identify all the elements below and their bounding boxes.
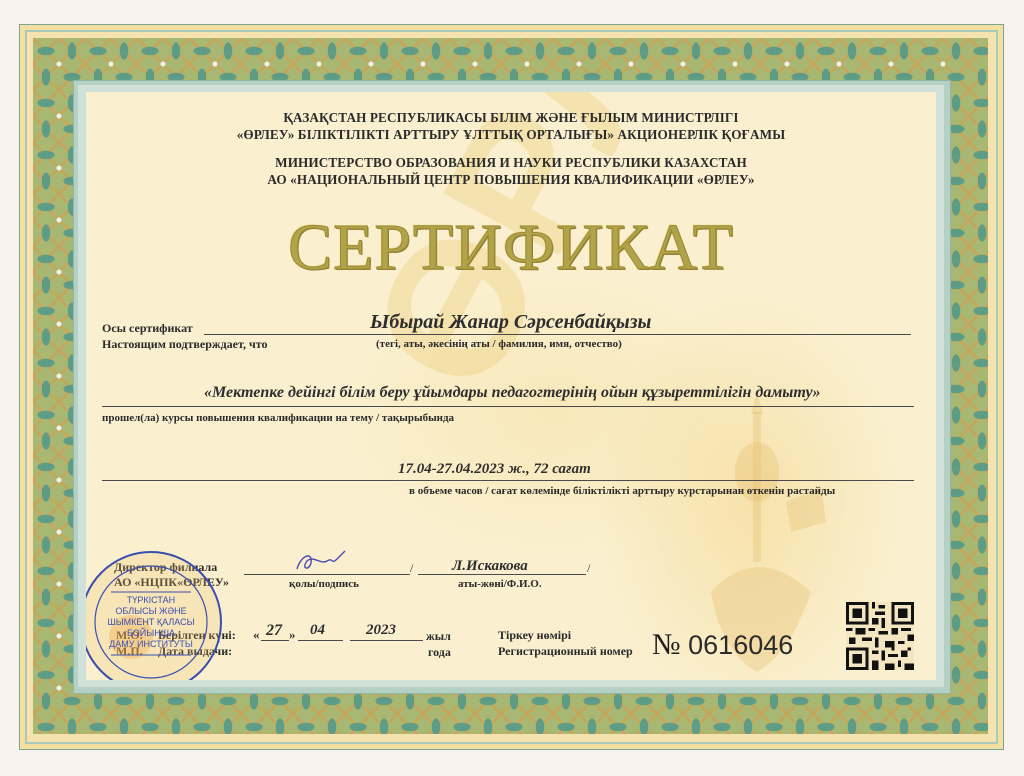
signer-name-line: [418, 574, 586, 575]
year-label-kz: жыл: [426, 629, 451, 644]
recipient-caption: (тегі, аты, әкесінің аты / фамилия, имя,…: [376, 338, 622, 350]
svg-text:ДАМУ ИНСТИТУТЫ: ДАМУ ИНСТИТУТЫ: [109, 639, 193, 649]
duration-caption: в объеме часов / сағат көлемінде білікті…: [409, 485, 835, 497]
numero-sign: №: [652, 628, 681, 661]
svg-text:БОЙЫНША: БОЙЫНША: [127, 627, 175, 638]
registration-label-kz: Тіркеу нөмірі: [498, 628, 571, 643]
svg-text:ШЫМКЕНТ ҚАЛАСЫ: ШЫМКЕНТ ҚАЛАСЫ: [107, 617, 194, 627]
recipient-underline: [204, 334, 911, 335]
course-underline: [102, 406, 914, 407]
course-topic: «Мектепке дейінгі білім беру ұйымдары пе…: [204, 384, 821, 402]
certificate-title: СЕРТИФИКАТ: [86, 210, 936, 286]
signature-line: [244, 574, 410, 575]
handwritten-signature-icon: [291, 547, 351, 575]
certificate-page: ӨРЛЕУ ҚАЗАҚСТАН РЕСПУБЛИКАСЫ БІЛІМ ЖӘНЕ …: [0, 0, 1024, 776]
year-label-ru: года: [428, 645, 451, 660]
header-ru-line2: АО «НАЦИОНАЛЬНЫЙ ЦЕНТР ПОВЫШЕНИЯ КВАЛИФИ…: [86, 171, 936, 188]
svg-text:ТҮРКІСТАН: ТҮРКІСТАН: [127, 595, 175, 605]
registration-label-ru: Регистрационный номер: [498, 644, 633, 659]
header-ru-line1: МИНИСТЕРСТВО ОБРАЗОВАНИЯ И НАУКИ РЕСПУБЛ…: [86, 154, 936, 171]
qr-code-icon: [846, 602, 914, 670]
issue-month: 04: [310, 622, 325, 639]
issue-day: 27: [266, 622, 282, 640]
svg-text:ОБЛЫСЫ ЖӘНЕ: ОБЛЫСЫ ЖӘНЕ: [115, 606, 186, 616]
issue-year: 2023: [366, 622, 396, 639]
signature-caption: қолы/подпись: [289, 578, 359, 590]
registration-number: № 0616046: [652, 628, 793, 662]
header-kz-line1: ҚАЗАҚСТАН РЕСПУБЛИКАСЫ БІЛІМ ЖӘНЕ ҒЫЛЫМ …: [86, 109, 936, 126]
recipient-label-ru: Настоящим подтверждает, что: [102, 337, 268, 352]
signer-name: Л.Искакова: [452, 558, 528, 575]
official-stamp-icon: ТҮРКІСТАН ОБЛЫСЫ ЖӘНЕ ШЫМКЕНТ ҚАЛАСЫ БОЙ…: [86, 547, 226, 680]
signer-name-caption: аты-жөні/Ф.И.О.: [458, 578, 542, 590]
registration-number-value: 0616046: [688, 630, 793, 660]
course-caption: прошел(ла) курсы повышения квалификации …: [102, 412, 454, 424]
recipient-label-kz: Осы сертификат: [102, 321, 193, 336]
header-kz-line2: «ӨРЛЕУ» БІЛІКТІЛІКТІ АРТТЫРУ ҰЛТТЫҚ ОРТА…: [86, 126, 936, 143]
course-duration: 17.04-27.04.2023 ж., 72 сағат: [398, 461, 591, 478]
recipient-name: Ыбырай Жанар Сәрсенбайқызы: [370, 311, 651, 334]
certificate-body: ӨРЛЕУ ҚАЗАҚСТАН РЕСПУБЛИКАСЫ БІЛІМ ЖӘНЕ …: [86, 92, 936, 680]
duration-underline: [102, 480, 914, 481]
